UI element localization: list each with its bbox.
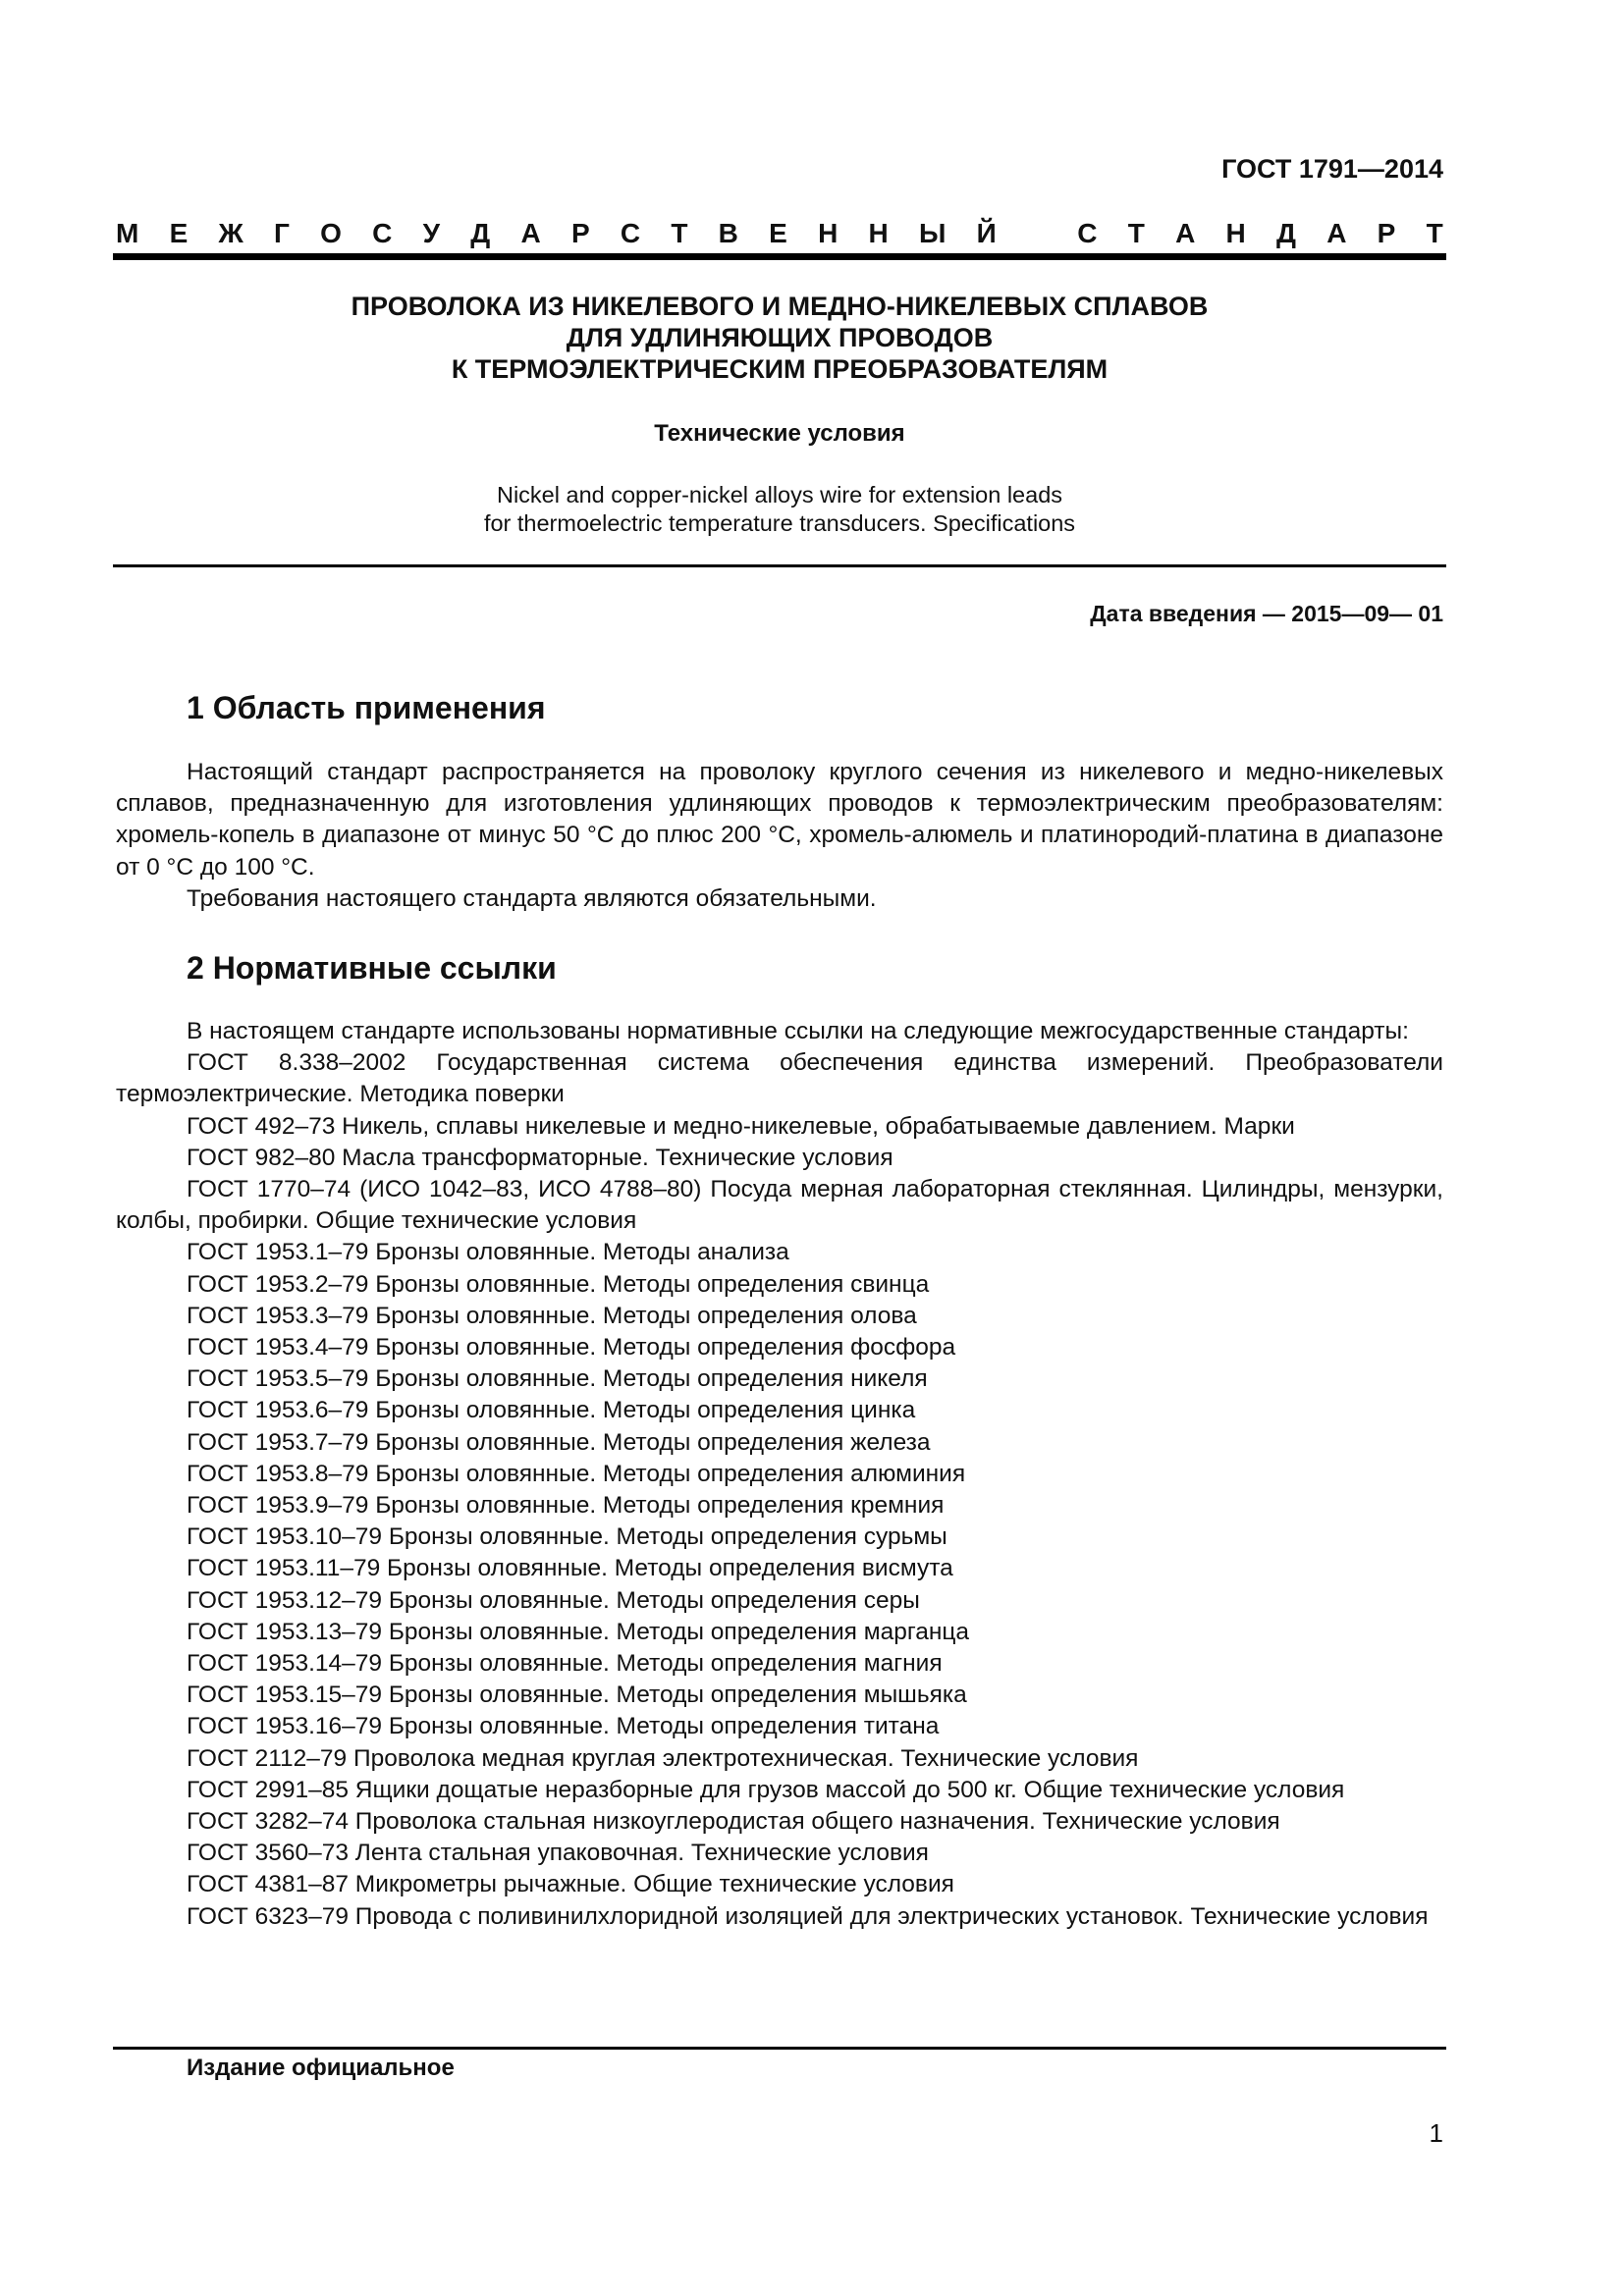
banner-letter: Т (671, 218, 687, 249)
title-line: ДЛЯ УДЛИНЯЮЩИХ ПРОВОДОВ (113, 322, 1446, 353)
reference-item: ГОСТ 1953.5–79 Бронзы оловянные. Методы … (116, 1363, 1443, 1395)
banner-letter: О (320, 218, 342, 249)
banner-letter: Д (470, 218, 490, 249)
reference-item: ГОСТ 1953.16–79 Бронзы оловянные. Методы… (116, 1711, 1443, 1742)
banner-letter: Ы (919, 218, 946, 249)
reference-item: ГОСТ 3282–74 Проволока стальная низкоугл… (116, 1806, 1443, 1838)
title-line: ПРОВОЛОКА ИЗ НИКЕЛЕВОГО И МЕДНО-НИКЕЛЕВЫ… (113, 291, 1446, 322)
reference-item: ГОСТ 1953.9–79 Бронзы оловянные. Методы … (116, 1490, 1443, 1522)
banner-letter: Р (1378, 218, 1396, 249)
banner-letter: Ж (218, 218, 243, 249)
reference-item: ГОСТ 1953.12–79 Бронзы оловянные. Методы… (116, 1585, 1443, 1617)
official-edition-label: Издание официальное (187, 2055, 455, 2082)
reference-item: ГОСТ 2991–85 Ящики дощатые неразборные д… (116, 1775, 1443, 1806)
page-number: 1 (1394, 2118, 1443, 2149)
reference-item: ГОСТ 1953.11–79 Бронзы оловянные. Методы… (116, 1553, 1443, 1584)
title-rule (113, 564, 1446, 567)
footer-rule (113, 2047, 1446, 2050)
banner-letter: Г (274, 218, 290, 249)
banner-letter: Т (1427, 218, 1443, 249)
banner-letter: Н (818, 218, 838, 249)
document-title: ПРОВОЛОКА ИЗ НИКЕЛЕВОГО И МЕДНО-НИКЕЛЕВЫ… (113, 291, 1446, 385)
banner-gap (1027, 218, 1047, 249)
banner-letter: Р (571, 218, 590, 249)
references-intro: В настоящем стандарте использованы норма… (116, 1016, 1443, 1047)
banner-letter: С (372, 218, 392, 249)
reference-item: ГОСТ 2112–79 Проволока медная круглая эл… (116, 1743, 1443, 1775)
title-line: К ТЕРМОЭЛЕКТРИЧЕСКИМ ПРЕОБРАЗОВАТЕЛЯМ (113, 353, 1446, 385)
reference-item: ГОСТ 1953.3–79 Бронзы оловянные. Методы … (116, 1301, 1443, 1332)
standard-type-banner: М Е Ж Г О С У Д А Р С Т В Е Н Н Ы Й С Т … (116, 218, 1443, 249)
banner-letter: Н (1226, 218, 1246, 249)
reference-item: ГОСТ 1770–74 (ИСО 1042–83, ИСО 4788–80) … (116, 1174, 1443, 1237)
reference-item: ГОСТ 1953.8–79 Бронзы оловянные. Методы … (116, 1459, 1443, 1490)
header-rule (113, 253, 1446, 260)
section-scope-body: Настоящий стандарт распространяется на п… (116, 757, 1443, 915)
english-title-line: for thermoelectric temperature transduce… (113, 509, 1446, 538)
banner-letter: У (423, 218, 440, 249)
reference-item: ГОСТ 1953.7–79 Бронзы оловянные. Методы … (116, 1427, 1443, 1459)
reference-item: ГОСТ 492–73 Никель, сплавы никелевые и м… (116, 1111, 1443, 1143)
banner-letter: Н (869, 218, 889, 249)
reference-item: ГОСТ 1953.2–79 Бронзы оловянные. Методы … (116, 1269, 1443, 1301)
banner-letter: Д (1276, 218, 1296, 249)
english-title: Nickel and copper-nickel alloys wire for… (113, 481, 1446, 538)
banner-letter: М (116, 218, 138, 249)
reference-item: ГОСТ 1953.13–79 Бронзы оловянные. Методы… (116, 1617, 1443, 1648)
section-references-body: В настоящем стандарте использованы норма… (116, 1016, 1443, 1933)
banner-letter: С (621, 218, 640, 249)
scope-paragraph: Требования настоящего стандарта являются… (116, 883, 1443, 915)
banner-letter: С (1077, 218, 1097, 249)
section-heading-references: 2 Нормативные ссылки (187, 950, 557, 987)
reference-item: ГОСТ 1953.6–79 Бронзы оловянные. Методы … (116, 1395, 1443, 1426)
document-number: ГОСТ 1791—2014 (1080, 154, 1443, 185)
banner-letter: А (520, 218, 540, 249)
banner-letter: Е (769, 218, 787, 249)
banner-letter: Т (1128, 218, 1145, 249)
reference-item: ГОСТ 1953.10–79 Бронзы оловянные. Методы… (116, 1522, 1443, 1553)
reference-item: ГОСТ 982–80 Масла трансформаторные. Техн… (116, 1143, 1443, 1174)
banner-letter: Й (977, 218, 997, 249)
reference-item: ГОСТ 3560–73 Лента стальная упаковочная.… (116, 1838, 1443, 1869)
reference-item: ГОСТ 1953.1–79 Бронзы оловянные. Методы … (116, 1237, 1443, 1268)
reference-item: ГОСТ 1953.4–79 Бронзы оловянные. Методы … (116, 1332, 1443, 1363)
reference-item: ГОСТ 8.338–2002 Государственная система … (116, 1047, 1443, 1110)
reference-item: ГОСТ 1953.15–79 Бронзы оловянные. Методы… (116, 1680, 1443, 1711)
banner-letter: В (719, 218, 738, 249)
reference-item: ГОСТ 1953.14–79 Бронзы оловянные. Методы… (116, 1648, 1443, 1680)
english-title-line: Nickel and copper-nickel alloys wire for… (113, 481, 1446, 509)
section-heading-scope: 1 Область применения (187, 690, 546, 726)
banner-letter: Е (170, 218, 189, 249)
banner-letter: А (1326, 218, 1346, 249)
reference-item: ГОСТ 6323–79 Провода с поливинилхлоридно… (116, 1901, 1443, 1933)
introduction-date: Дата введения — 2015—09— 01 (884, 601, 1443, 627)
document-subtitle: Технические условия (113, 420, 1446, 448)
scope-paragraph: Настоящий стандарт распространяется на п… (116, 757, 1443, 883)
reference-item: ГОСТ 4381–87 Микрометры рычажные. Общие … (116, 1869, 1443, 1900)
banner-letter: А (1175, 218, 1195, 249)
